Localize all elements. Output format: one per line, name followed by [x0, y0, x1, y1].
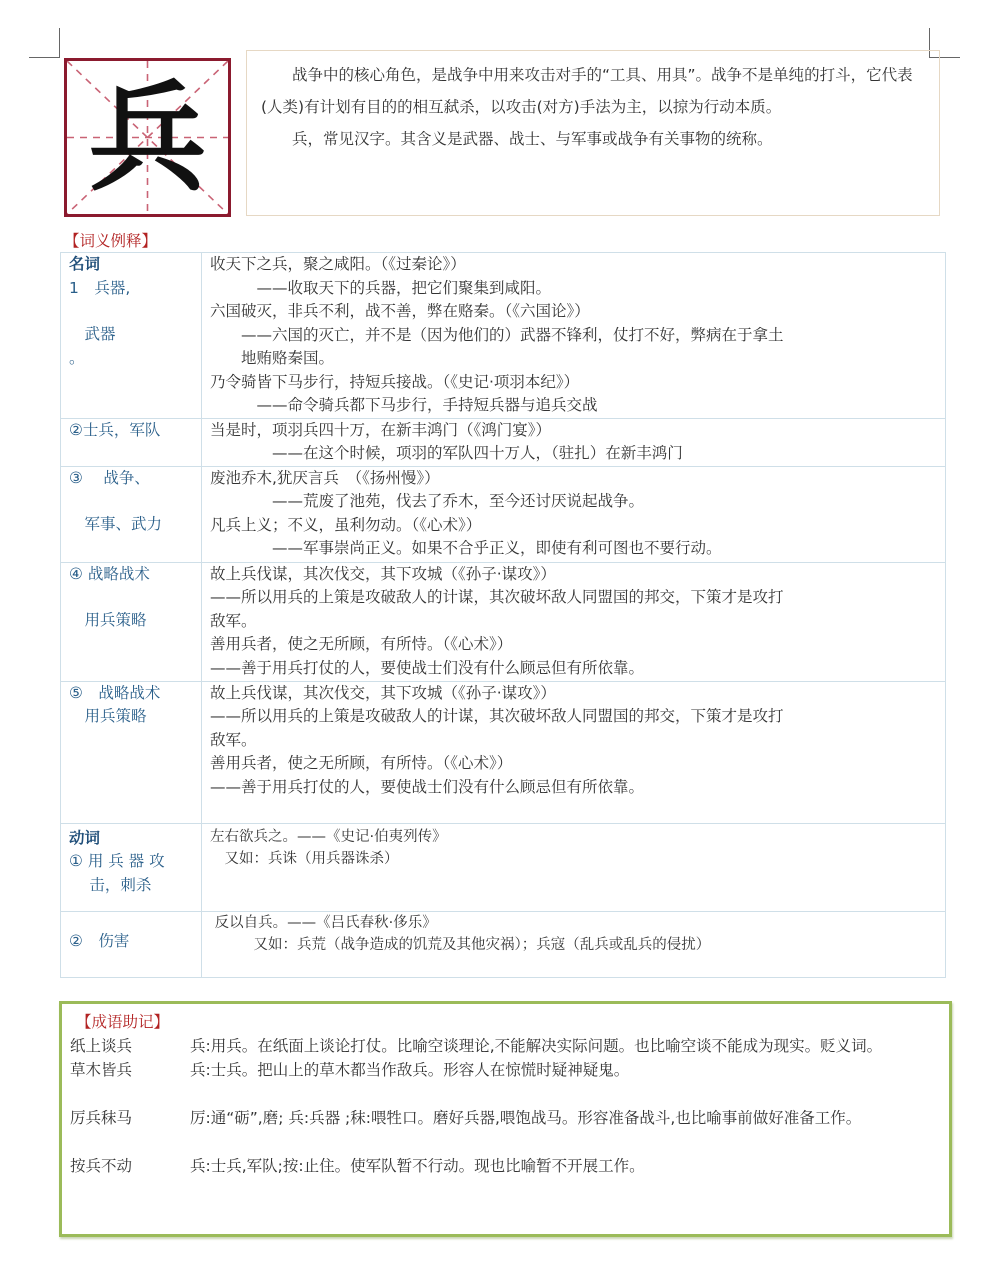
examples-cell: 故上兵伐谋，其次伐交，其下攻城（《孙子·谋攻》） ——所以用兵的上策是攻破敌人的…	[202, 681, 946, 823]
sense-cell: 名词 1 兵器, 武器 。	[61, 253, 202, 419]
example-line: 左右欲兵之。——《史记·伯夷列传》	[210, 826, 939, 848]
character-grid: 兵	[64, 58, 231, 217]
example-line: ——命令骑兵都下马步行，手持短兵器与追兵交战	[210, 394, 939, 418]
example-line: ——善于用兵打仗的人，要使战士们没有什么顾忌但有所依靠。	[210, 776, 939, 800]
sense-cell: 动词 ① 用 兵 器 攻 击，刺杀	[61, 823, 202, 911]
idiom-desc: 厉:通“砺”,磨; 兵:兵器 ;秣:喂牲口。磨好兵器,喂饱战马。形容准备战斗,也…	[190, 1106, 941, 1130]
definitions-title: 【词义例释】	[64, 229, 157, 251]
intro-paragraph: 战争中的核心角色，是战争中用来攻击对手的“工具、用具”。战争不是单纯的打斗，它代…	[261, 59, 925, 123]
idiom-item: 按兵不动 兵:士兵,军队;按:止住。使军队暂不行动。现也比喻暂不开展工作。	[70, 1154, 941, 1178]
example-line: 凡兵上义；不义，虽利勿动。（《心术》）	[210, 514, 939, 538]
idiom-name: 按兵不动	[70, 1154, 190, 1178]
example-line: 反以自兵。——《吕氏春秋·侈乐》	[210, 912, 939, 934]
examples-cell: 收天下之兵，聚之咸阳。（《过秦论》） ——收取天下的兵器，把它们聚集到咸阳。 六…	[202, 253, 946, 419]
intro-paragraph: 兵，常见汉字。其含义是武器、战士、与军事或战争有关事物的统称。	[261, 123, 925, 155]
example-line: 地贿赂秦国。	[210, 347, 939, 371]
sense-line: 击，刺杀	[69, 874, 195, 898]
part-of-speech: 动词	[69, 827, 195, 851]
table-row: ②士兵，军队 当是时，项羽兵四十万，在新丰鸿门（《鸿门宴》） ——在这个时候，项…	[61, 418, 946, 466]
table-row: 名词 1 兵器, 武器 。 收天下之兵，聚之咸阳。（《过秦论》） ——收取天下的…	[61, 253, 946, 419]
example-line: ——收取天下的兵器，把它们聚集到咸阳。	[210, 277, 939, 301]
example-line: 敌军。	[210, 729, 939, 753]
table-row: ⑤ 战略战术 用兵策略 故上兵伐谋，其次伐交，其下攻城（《孙子·谋攻》） ——所…	[61, 681, 946, 823]
sense-line: ② 伤害	[69, 930, 195, 954]
example-line: 故上兵伐谋，其次伐交，其下攻城（《孙子·谋攻》）	[210, 563, 939, 587]
idiom-desc: 兵:用兵。在纸面上谈论打仗。比喻空谈理论,不能解决实际问题。也比喻空谈不能成为现…	[190, 1034, 941, 1058]
idiom-desc: 兵:士兵,军队;按:止住。使军队暂不行动。现也比喻暂不开展工作。	[190, 1154, 941, 1178]
example-line: ——善于用兵打仗的人，要使战士们没有什么顾忌但有所依靠。	[210, 657, 939, 681]
sense-line: ⑤ 战略战术	[69, 682, 195, 706]
idiom-name: 纸上谈兵	[70, 1034, 190, 1058]
example-line: 又如：兵诛（用兵器诛杀）	[210, 848, 939, 870]
example-line: ——所以用兵的上策是攻破敌人的计谋，其次破坏敌人同盟国的邦交，下策才是攻打	[210, 705, 939, 729]
sense-cell: ②士兵，军队	[61, 418, 202, 466]
examples-cell: 左右欲兵之。——《史记·伯夷列传》 又如：兵诛（用兵器诛杀）	[202, 823, 946, 911]
sense-line	[69, 912, 195, 930]
idiom-name: 草木皆兵	[70, 1058, 190, 1082]
sense-line: ③ 战争、	[69, 467, 195, 491]
sense-cell: ④ 战略战术 用兵策略	[61, 562, 202, 681]
example-line: 善用兵者，使之无所顾，有所恃。（《心术》）	[210, 752, 939, 776]
example-line: 收天下之兵，聚之咸阳。（《过秦论》）	[210, 253, 939, 277]
examples-cell: 当是时，项羽兵四十万，在新丰鸿门（《鸿门宴》） ——在这个时候，项羽的军队四十万…	[202, 418, 946, 466]
sense-line: 1 兵器,	[69, 277, 195, 301]
sense-line: 。	[69, 347, 195, 371]
idiom-desc: 兵:士兵。把山上的草木都当作敌兵。形容人在惊慌时疑神疑鬼。	[190, 1058, 941, 1082]
example-line: 废池乔木,犹厌言兵 （《扬州慢》）	[210, 467, 939, 491]
idiom-name: 厉兵秣马	[70, 1106, 190, 1130]
table-row: 动词 ① 用 兵 器 攻 击，刺杀 左右欲兵之。——《史记·伯夷列传》 又如：兵…	[61, 823, 946, 911]
sense-cell: ② 伤害	[61, 911, 202, 977]
main-character: 兵	[67, 61, 228, 214]
example-line: 当是时，项羽兵四十万，在新丰鸿门（《鸿门宴》）	[210, 419, 939, 443]
examples-cell: 故上兵伐谋，其次伐交，其下攻城（《孙子·谋攻》） ——所以用兵的上策是攻破敌人的…	[202, 562, 946, 681]
sense-line: 用兵策略	[69, 705, 195, 729]
example-line: 六国破灭，非兵不利，战不善，弊在赂秦。（《六国论》）	[210, 300, 939, 324]
idiom-item: 草木皆兵 兵:士兵。把山上的草木都当作敌兵。形容人在惊慌时疑神疑鬼。	[70, 1058, 941, 1082]
idiom-item: 厉兵秣马 厉:通“砺”,磨; 兵:兵器 ;秣:喂牲口。磨好兵器,喂饱战马。形容准…	[70, 1106, 941, 1130]
example-line: 善用兵者，使之无所顾，有所恃。（《心术》）	[210, 633, 939, 657]
example-line: 敌军。	[210, 610, 939, 634]
table-row: ③ 战争、 军事、武力 废池乔木,犹厌言兵 （《扬州慢》） ——荒废了池苑，伐去…	[61, 466, 946, 562]
example-line: 乃令骑皆下马步行，持短兵接战。（《史记·项羽本纪》）	[210, 371, 939, 395]
example-line: 故上兵伐谋，其次伐交，其下攻城（《孙子·谋攻》）	[210, 682, 939, 706]
definitions-table: 名词 1 兵器, 武器 。 收天下之兵，聚之咸阳。（《过秦论》） ——收取天下的…	[60, 252, 946, 978]
crop-mark-left-horizontal	[29, 57, 60, 58]
example-line: 又如：兵荒（战争造成的饥荒及其他灾祸）；兵寇（乱兵或乱兵的侵扰）	[210, 934, 939, 956]
example-line: ——荒废了池苑，伐去了乔木，至今还讨厌说起战争。	[210, 490, 939, 514]
sense-cell: ⑤ 战略战术 用兵策略	[61, 681, 202, 823]
sense-line: ②士兵，军队	[69, 419, 195, 443]
examples-cell: 废池乔木,犹厌言兵 （《扬州慢》） ——荒废了池苑，伐去了乔木，至今还讨厌说起战…	[202, 466, 946, 562]
intro-box: 战争中的核心角色，是战争中用来攻击对手的“工具、用具”。战争不是单纯的打斗，它代…	[246, 50, 940, 216]
crop-mark-left-vertical	[59, 28, 60, 58]
sense-line: 武器	[69, 323, 195, 347]
idioms-title: 【成语助记】	[70, 1010, 941, 1034]
example-line: ——六国的灭亡，并不是（因为他们的）武器不锋利，仗打不好，弊病在于拿土	[210, 324, 939, 348]
part-of-speech: 名词	[69, 253, 195, 277]
table-row: ④ 战略战术 用兵策略 故上兵伐谋，其次伐交，其下攻城（《孙子·谋攻》） ——所…	[61, 562, 946, 681]
sense-line: ① 用 兵 器 攻	[69, 850, 195, 874]
table-row: ② 伤害 反以自兵。——《吕氏春秋·侈乐》 又如：兵荒（战争造成的饥荒及其他灾祸…	[61, 911, 946, 977]
example-line: ——军事崇尚正义。如果不合乎正义，即使有利可图也不要行动。	[210, 537, 939, 561]
sense-line: 军事、武力	[69, 513, 195, 537]
sense-line: ④ 战略战术	[69, 563, 195, 587]
sense-cell: ③ 战争、 军事、武力	[61, 466, 202, 562]
example-line: ——所以用兵的上策是攻破敌人的计谋，其次破坏敌人同盟国的邦交，下策才是攻打	[210, 586, 939, 610]
sense-line: 用兵策略	[69, 609, 195, 633]
idiom-item: 纸上谈兵 兵:用兵。在纸面上谈论打仗。比喻空谈理论,不能解决实际问题。也比喻空谈…	[70, 1034, 941, 1058]
idioms-box: 【成语助记】 纸上谈兵 兵:用兵。在纸面上谈论打仗。比喻空谈理论,不能解决实际问…	[59, 1001, 952, 1237]
examples-cell: 反以自兵。——《吕氏春秋·侈乐》 又如：兵荒（战争造成的饥荒及其他灾祸）；兵寇（…	[202, 911, 946, 977]
example-line: ——在这个时候，项羽的军队四十万人，（驻扎）在新丰鸿门	[210, 442, 939, 466]
